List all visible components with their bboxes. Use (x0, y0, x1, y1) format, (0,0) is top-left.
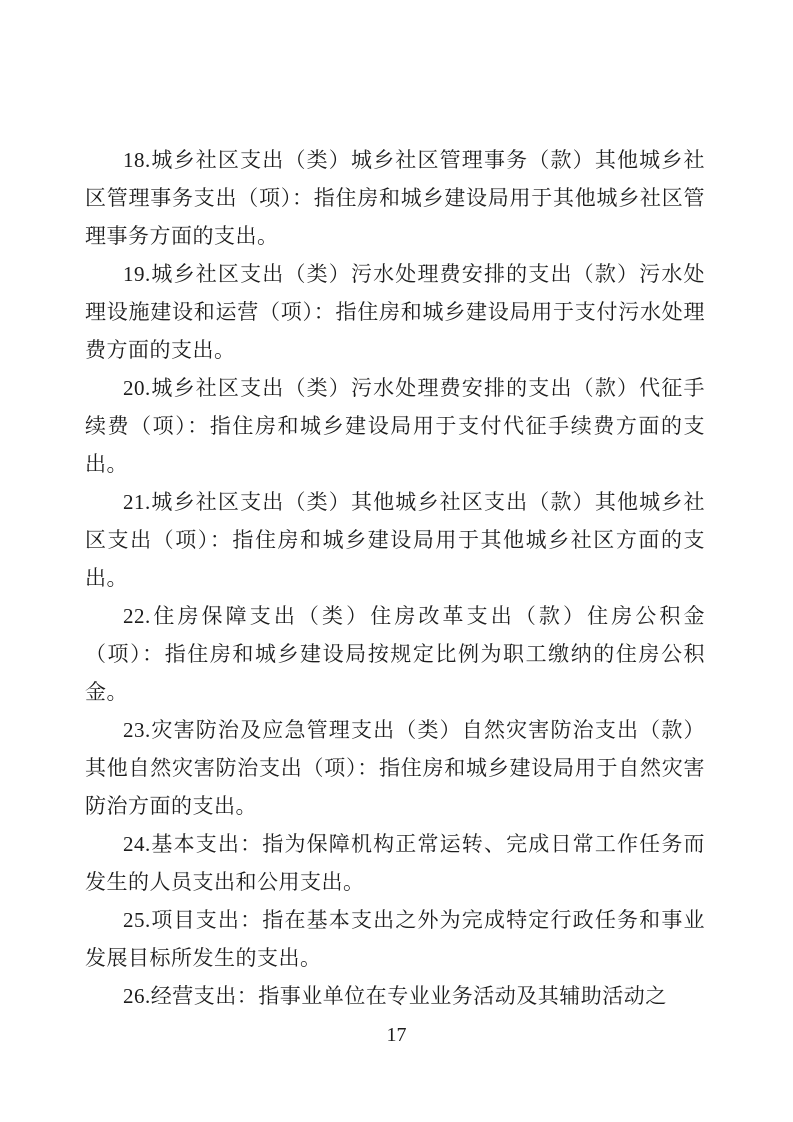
paragraph-item-21: 21.城乡社区支出（类）其他城乡社区支出（款）其他城乡社区支出（项）：指住房和城… (85, 483, 705, 597)
paragraph-item-20: 20.城乡社区支出（类）污水处理费安排的支出（款）代征手续费（项）：指住房和城乡… (85, 369, 705, 483)
page-number: 17 (0, 1020, 793, 1050)
paragraph-item-19: 19.城乡社区支出（类）污水处理费安排的支出（款）污水处理设施建设和运营（项）：… (85, 255, 705, 369)
paragraph-item-23: 23.灾害防治及应急管理支出（类）自然灾害防治支出（款）其他自然灾害防治支出（项… (85, 711, 705, 825)
document-body: 18.城乡社区支出（类）城乡社区管理事务（款）其他城乡社区管理事务支出（项）：指… (85, 141, 705, 1015)
paragraph-item-18: 18.城乡社区支出（类）城乡社区管理事务（款）其他城乡社区管理事务支出（项）：指… (85, 141, 705, 255)
paragraph-item-24: 24.基本支出：指为保障机构正常运转、完成日常工作任务而发生的人员支出和公用支出… (85, 825, 705, 901)
document-page: 18.城乡社区支出（类）城乡社区管理事务（款）其他城乡社区管理事务支出（项）：指… (0, 0, 793, 1122)
paragraph-item-26: 26.经营支出：指事业单位在专业业务活动及其辅助活动之 (85, 977, 705, 1015)
paragraph-item-22: 22.住房保障支出（类）住房改革支出（款）住房公积金（项）：指住房和城乡建设局按… (85, 597, 705, 711)
paragraph-item-25: 25.项目支出：指在基本支出之外为完成特定行政任务和事业发展目标所发生的支出。 (85, 901, 705, 977)
